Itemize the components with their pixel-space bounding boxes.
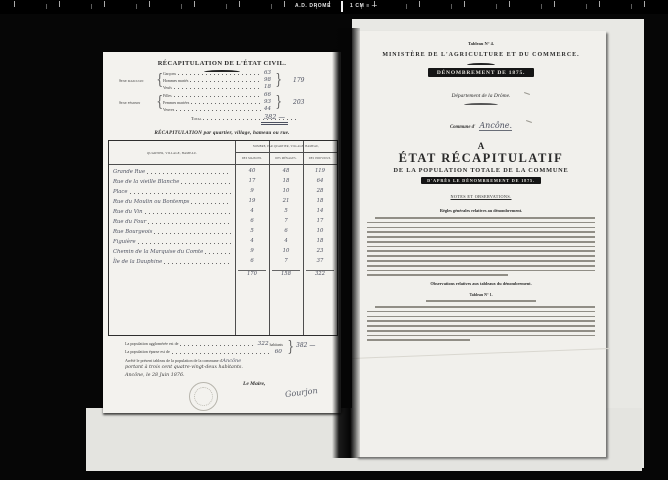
ruler-scale-label: 1 CM ≡ — <box>350 3 377 9</box>
cell-maisons: 40 <box>235 168 269 174</box>
dotted-leader <box>178 74 261 75</box>
ec-label: Hommes mariés <box>163 79 188 83</box>
dotted-leader <box>172 353 272 354</box>
mayor-signature: Gourjon <box>285 386 318 399</box>
cell-maisons: 4 <box>235 238 269 244</box>
cell-maisons: 17 <box>235 178 269 184</box>
left-page: RÉCAPITULATION DE L'ÉTAT CIVIL. Sexe mas… <box>103 52 341 413</box>
rules-heading: Règles générales relatives au dénombreme… <box>356 208 606 213</box>
table-row-name: Grande Rue <box>113 169 233 175</box>
ec-label: Veufs <box>163 86 172 90</box>
table-row-name: Figuière <box>113 239 233 245</box>
eparse-label: La population éparse est de <box>125 349 170 355</box>
place-date-line: Ancône, le 28 Juin 1876. <box>125 373 185 378</box>
dotted-leader <box>164 263 231 264</box>
total-value: 382 — <box>261 113 288 125</box>
microfilm-scan: { "ruler": { "archive_label": "A.D. DROM… <box>0 0 668 480</box>
denombrement-banner: DÉNOMBREMENT DE 1875. <box>428 68 534 77</box>
dotted-leader <box>191 203 231 204</box>
ec-label: Garçons <box>163 72 176 76</box>
cell-menages: 7 <box>269 258 303 264</box>
arrete-line: Arrêté le présent tableau de la populati… <box>125 358 241 364</box>
female-subtotal-brace-icon: } <box>275 94 282 109</box>
commune-name-handwritten: Ancône. <box>479 121 512 131</box>
agglomeree-value: 322 <box>258 341 269 347</box>
tableau1-heading: Tableau N° 1. <box>356 292 606 297</box>
agglomeree-label: La population agglomérée est de <box>125 341 178 347</box>
ec-row: Veufs <box>163 86 263 90</box>
ec-value: 66 <box>255 92 271 98</box>
commune-line: Commune d' Ancône. <box>356 115 606 133</box>
section-letter: A <box>356 141 606 151</box>
portant-line: portant à trois cent quatre-vingt-deux h… <box>125 365 243 370</box>
apres-banner: D'APRÈS LE DÉNOMBREMENT DE 1875. <box>421 177 541 184</box>
total-label: Total <box>191 116 201 121</box>
ec-value: 18 <box>255 84 271 90</box>
dotted-leader <box>174 96 261 97</box>
cell-menages: 10 <box>269 188 303 194</box>
table-row-name: Rue du Four <box>113 219 233 225</box>
table-row-name: Rue de la vieille Blanche <box>113 179 233 185</box>
tableau-number: Tableau N° 4. <box>356 41 606 46</box>
total-menages: 158 <box>272 270 300 277</box>
dotted-leader <box>154 233 231 234</box>
ec-value: 93 <box>255 99 271 105</box>
col-header-menages: DES MÉNAGES. <box>269 152 303 164</box>
col-header-name: QUARTIER, VILLAGE, HAMEAU. <box>109 141 235 164</box>
dotted-leader <box>147 173 231 174</box>
cell-menages: 5 <box>269 208 303 214</box>
cell-maisons: 4 <box>235 208 269 214</box>
dotted-leader <box>148 223 231 224</box>
mayor-label: Le Maire, <box>243 381 265 387</box>
male-subtotal: 179 <box>293 77 304 84</box>
dotted-leader <box>205 253 231 254</box>
ec-value: 44 <box>255 106 271 112</box>
eparse-value: 60 <box>275 349 282 355</box>
cell-maisons: 5 <box>235 228 269 234</box>
page-fold-line <box>352 348 610 359</box>
commune-name-handwritten: Ancône <box>222 358 241 364</box>
book-gutter-shadow <box>332 28 360 458</box>
agglomeree-unit: habitants <box>270 343 283 347</box>
cell-menages: 21 <box>269 198 303 204</box>
dotted-leader <box>181 183 231 184</box>
total-maisons: 170 <box>238 270 266 277</box>
fine-print-line <box>426 300 536 302</box>
male-subtotal-brace-icon: } <box>275 72 282 87</box>
col-group-header: NOMBRE, PAR QUARTIER, VILLAGE, HAMEAU, <box>235 141 337 152</box>
table-row-name: Place <box>113 189 233 195</box>
fine-print-block-2 <box>367 306 595 344</box>
cell-maisons: 6 <box>235 258 269 264</box>
dotted-leader <box>176 110 261 111</box>
cell-menages: 48 <box>269 168 303 174</box>
table-row-name: Rue Bourgeois <box>113 229 233 235</box>
dotted-leader <box>180 345 254 346</box>
cell-maisons: 6 <box>235 218 269 224</box>
cell-menages: 10 <box>269 248 303 254</box>
cell-menages: 7 <box>269 218 303 224</box>
observations-heading: Observations relatives aux tableaux du d… <box>356 281 606 286</box>
department-line: Département de la Drôme. <box>356 93 606 99</box>
cell-menages: 6 <box>269 228 303 234</box>
dotted-leader <box>138 243 231 244</box>
cell-menages: 18 <box>269 178 303 184</box>
ec-row: Garçons <box>163 72 263 76</box>
ministry-title: MINISTÈRE DE L'AGRICULTURE ET DU COMMERC… <box>356 52 606 58</box>
ec-row: Femmes mariées <box>163 101 263 105</box>
ruler-ticks-minor <box>46 4 648 9</box>
table-row-name: Chemin de la Marquise du Comte <box>113 249 233 255</box>
subtitle: DE LA POPULATION TOTALE DE LA COMMUNE <box>356 167 606 174</box>
ec-value: 63 <box>255 70 271 76</box>
total-individus: 322 <box>306 270 334 277</box>
male-group-label: Sexe masculin <box>119 79 143 83</box>
main-title: ÉTAT RÉCAPITULATIF <box>356 151 606 166</box>
table-row-name: Rue du Vin <box>113 209 233 215</box>
cell-maisons: 9 <box>235 248 269 254</box>
mairie-stamp-icon <box>189 382 218 411</box>
ec-value: 98 <box>255 77 271 83</box>
cell-maisons: 9 <box>235 188 269 194</box>
combined-total: 382 — <box>296 342 315 349</box>
microfilm-ruler: A.D. DROME 1 CM ≡ — <box>0 0 668 14</box>
ruler-center-tick <box>341 1 343 12</box>
table-row-name: Rue du Moulin ou Bontemps <box>113 199 233 205</box>
table-row-name: Île de la Dauphine <box>113 259 233 265</box>
population-eparse-line: La population éparse est de 60 <box>125 349 283 355</box>
etat-civil-title: RÉCAPITULATION DE L'ÉTAT CIVIL. <box>103 60 341 67</box>
dotted-leader <box>145 213 231 214</box>
ec-label: Veuves <box>163 108 174 112</box>
ministry-flourish <box>467 63 495 65</box>
dotted-leader <box>174 88 261 89</box>
ec-row: Hommes mariés <box>163 79 263 83</box>
department-flourish <box>464 103 498 105</box>
ec-label: Filles <box>163 94 172 98</box>
combined-brace-icon: } <box>287 339 294 354</box>
cell-menages: 4 <box>269 238 303 244</box>
quartier-heading: RÉCAPITULATION par quartier, village, ha… <box>103 130 341 136</box>
population-agglomeree-line: La population agglomérée est de 322 habi… <box>125 341 283 347</box>
right-page: Tableau N° 4. MINISTÈRE DE L'AGRICULTURE… <box>356 31 606 457</box>
col-header-maisons: DES MAISONS. <box>235 152 269 164</box>
ec-row: Filles <box>163 94 263 98</box>
dotted-leader <box>191 103 261 104</box>
female-group-label: Sexe féminin <box>119 101 140 105</box>
table-hline <box>109 164 337 165</box>
quartier-table: QUARTIER, VILLAGE, HAMEAU. NOMBRE, PAR Q… <box>108 140 338 336</box>
dotted-leader <box>130 193 231 194</box>
cell-maisons: 19 <box>235 198 269 204</box>
ec-label: Femmes mariées <box>163 101 189 105</box>
commune-label: Commune d' <box>450 125 475 130</box>
female-subtotal: 203 <box>293 99 304 106</box>
dotted-leader <box>190 81 261 82</box>
archive-label: A.D. DROME <box>295 3 331 9</box>
ec-row: Veuves <box>163 108 263 112</box>
fine-print-block-1 <box>367 217 595 279</box>
notes-heading: NOTES ET OBSERVATIONS. <box>356 194 606 199</box>
